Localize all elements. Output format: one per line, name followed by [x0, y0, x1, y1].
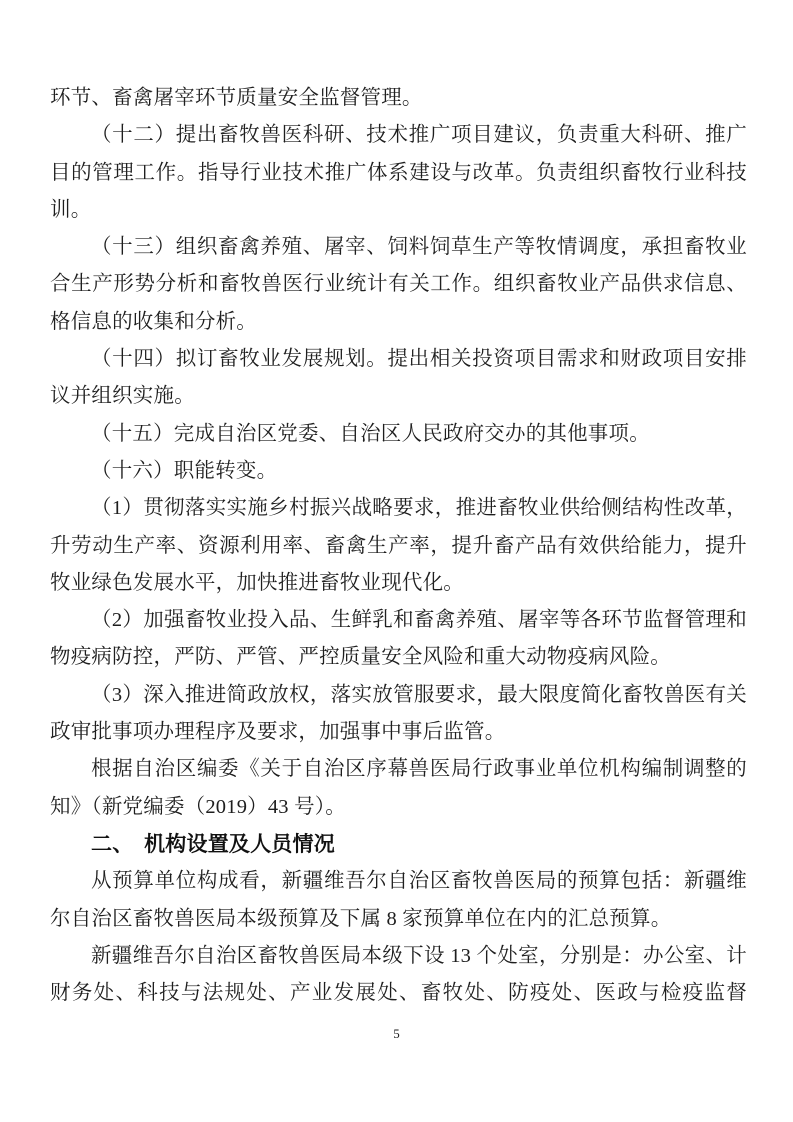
text-line: 财务处、科技与法规处、产业发展处、畜牧处、防疫处、医政与检疫监督处、 — [50, 975, 747, 1012]
page-number: 5 — [0, 1026, 793, 1042]
text-line: 尔自治区畜牧兽医局本级预算及下属 8 家预算单位在内的汇总预算。 — [50, 901, 747, 938]
text-line: 议并组织实施。 — [50, 378, 747, 415]
text-line: （十二）提出畜牧兽医科研、技术推广项目建议，负责重大科研、推广项 — [50, 117, 747, 154]
text-line: 格信息的收集和分析。 — [50, 304, 747, 341]
text-line: 牧业绿色发展水平，加快推进畜牧业现代化。 — [50, 565, 747, 602]
text-line: 根据自治区编委《关于自治区序幕兽医局行政事业单位机构编制调整的通 — [50, 751, 747, 788]
document-body: 环节、畜禽屠宰环节质量安全监督管理。 （十二）提出畜牧兽医科研、技术推广项目建议… — [50, 80, 747, 1012]
text-line: 知》（新党编委（2019）43 号）。 — [50, 789, 747, 826]
text-line: 政审批事项办理程序及要求，加强事中事后监管。 — [50, 714, 747, 751]
text-line: （3）深入推进简政放权，落实放管服要求，最大限度简化畜牧兽医有关行 — [50, 677, 747, 714]
text-line: 升劳动生产率、资源利用率、畜禽生产率，提升畜产品有效供给能力，提升畜 — [50, 528, 747, 565]
text-line: 合生产形势分析和畜牧兽医行业统计有关工作。组织畜牧业产品供求信息、价 — [50, 266, 747, 303]
text-line: （1）贯彻落实实施乡村振兴战略要求，推进畜牧业供给侧结构性改革，提 — [50, 490, 747, 527]
text-line: 物疫病防控，严防、严管、严控质量安全风险和重大动物疫病风险。 — [50, 639, 747, 676]
text-line: 新疆维吾尔自治区畜牧兽医局本级下设 13 个处室，分别是：办公室、计划 — [50, 938, 747, 975]
text-line: （十六）职能转变。 — [50, 453, 747, 490]
section-heading: 二、 机构设置及人员情况 — [50, 826, 747, 863]
text-line: （十五）完成自治区党委、自治区人民政府交办的其他事项。 — [50, 416, 747, 453]
text-line: （十四）拟订畜牧业发展规划。提出相关投资项目需求和财政项目安排建 — [50, 341, 747, 378]
text-line: （十三）组织畜禽养殖、屠宰、饲料饲草生产等牧情调度，承担畜牧业综 — [50, 229, 747, 266]
text-line: 目的管理工作。指导行业技术推广体系建设与改革。负责组织畜牧行业科技培 — [50, 155, 747, 192]
text-line: 环节、畜禽屠宰环节质量安全监督管理。 — [50, 80, 747, 117]
document-page: 环节、畜禽屠宰环节质量安全监督管理。 （十二）提出畜牧兽医科研、技术推广项目建议… — [0, 0, 793, 1122]
text-line: 从预算单位构成看，新疆维吾尔自治区畜牧兽医局的预算包括：新疆维吾 — [50, 863, 747, 900]
text-line: （2）加强畜牧业投入品、生鲜乳和畜禽养殖、屠宰等各环节监督管理和动 — [50, 602, 747, 639]
text-line: 训。 — [50, 192, 747, 229]
